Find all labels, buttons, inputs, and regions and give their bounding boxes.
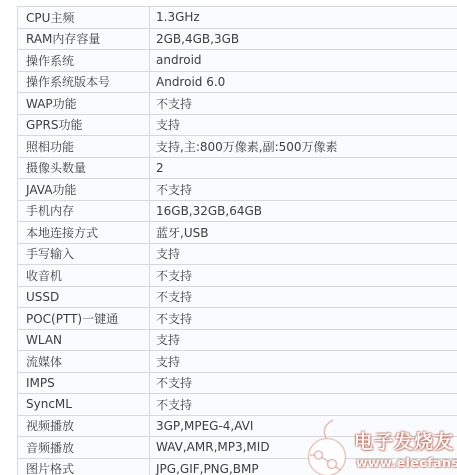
table-row: JAVA功能 不支持	[18, 179, 457, 201]
spec-label: 操作系统版本号	[18, 72, 150, 93]
table-row: WLAN 支持	[18, 330, 457, 352]
table-row: CPU主频 1.3GHz	[18, 7, 457, 29]
table-row: IMPS 不支持	[18, 373, 457, 395]
spec-label: 流媒体	[18, 351, 150, 372]
table-row: 操作系统版本号 Android 6.0	[18, 72, 457, 94]
table-row: USSD 不支持	[18, 287, 457, 309]
spec-value: 不支持	[150, 95, 457, 112]
spec-label: POC(PTT)一键通	[18, 308, 150, 329]
table-row: 照相功能 支持,主:800万像素,副:500万像素	[18, 136, 457, 158]
spec-label: 手写输入	[18, 244, 150, 265]
spec-value: android	[150, 53, 457, 67]
spec-label: JAVA功能	[18, 179, 150, 200]
spec-value: 支持	[150, 245, 457, 262]
table-row: RAM内存容量 2GB,4GB,3GB	[18, 29, 457, 51]
table-row: 本地连接方式 蓝牙,USB	[18, 222, 457, 244]
spec-label: 图片格式	[18, 459, 150, 475]
table-row: 手机内存 16GB,32GB,64GB	[18, 201, 457, 223]
spec-label: 操作系统	[18, 50, 150, 71]
spec-label: SyncML	[18, 394, 150, 415]
spec-label: GPRS功能	[18, 115, 150, 136]
spec-value: 1.3GHz	[150, 10, 457, 24]
spec-value: JPG,GIF,PNG,BMP	[150, 462, 457, 475]
spec-value: 支持	[150, 116, 457, 133]
table-row: 收音机 不支持	[18, 265, 457, 287]
table-row: 操作系统 android	[18, 50, 457, 72]
table-row: 视频播放 3GP,MPEG-4,AVI	[18, 416, 457, 438]
spec-value: 不支持	[150, 181, 457, 198]
spec-label: 摄像头数量	[18, 158, 150, 179]
spec-label: IMPS	[18, 373, 150, 394]
spec-label: 照相功能	[18, 136, 150, 157]
table-row: POC(PTT)一键通 不支持	[18, 308, 457, 330]
spec-value: 支持	[150, 353, 457, 370]
table-row: 摄像头数量 2	[18, 158, 457, 180]
spec-label: 收音机	[18, 265, 150, 286]
table-row: 流媒体 支持	[18, 351, 457, 373]
spec-value: 不支持	[150, 288, 457, 305]
spec-value: 蓝牙,USB	[150, 224, 457, 241]
spec-value: WAV,AMR,MP3,MID	[150, 440, 457, 454]
spec-value: 16GB,32GB,64GB	[150, 204, 457, 218]
table-row: 手写输入 支持	[18, 244, 457, 266]
spec-label: 视频播放	[18, 416, 150, 437]
spec-value: 不支持	[150, 310, 457, 327]
spec-value: 支持,主:800万像素,副:500万像素	[150, 138, 457, 155]
spec-label: 手机内存	[18, 201, 150, 222]
spec-value: 不支持	[150, 374, 457, 391]
spec-label: 本地连接方式	[18, 222, 150, 243]
table-row: GPRS功能 支持	[18, 115, 457, 137]
table-row: SyncML 不支持	[18, 394, 457, 416]
table-row: 图片格式 JPG,GIF,PNG,BMP	[18, 459, 457, 475]
phone-spec-table: CPU主频 1.3GHz RAM内存容量 2GB,4GB,3GB 操作系统 an…	[17, 6, 457, 475]
spec-value: 不支持	[150, 267, 457, 284]
spec-label: WLAN	[18, 330, 150, 351]
spec-value: 2GB,4GB,3GB	[150, 32, 457, 46]
spec-label: 音频播放	[18, 437, 150, 458]
spec-label: USSD	[18, 287, 150, 308]
spec-value: 支持	[150, 331, 457, 348]
table-row: 音频播放 WAV,AMR,MP3,MID	[18, 437, 457, 459]
spec-label: RAM内存容量	[18, 29, 150, 50]
spec-value: 3GP,MPEG-4,AVI	[150, 419, 457, 433]
spec-label: WAP功能	[18, 93, 150, 114]
spec-value: 不支持	[150, 396, 457, 413]
spec-label: CPU主频	[18, 7, 150, 28]
spec-value: Android 6.0	[150, 75, 457, 89]
spec-value: 2	[150, 161, 457, 175]
table-row: WAP功能 不支持	[18, 93, 457, 115]
